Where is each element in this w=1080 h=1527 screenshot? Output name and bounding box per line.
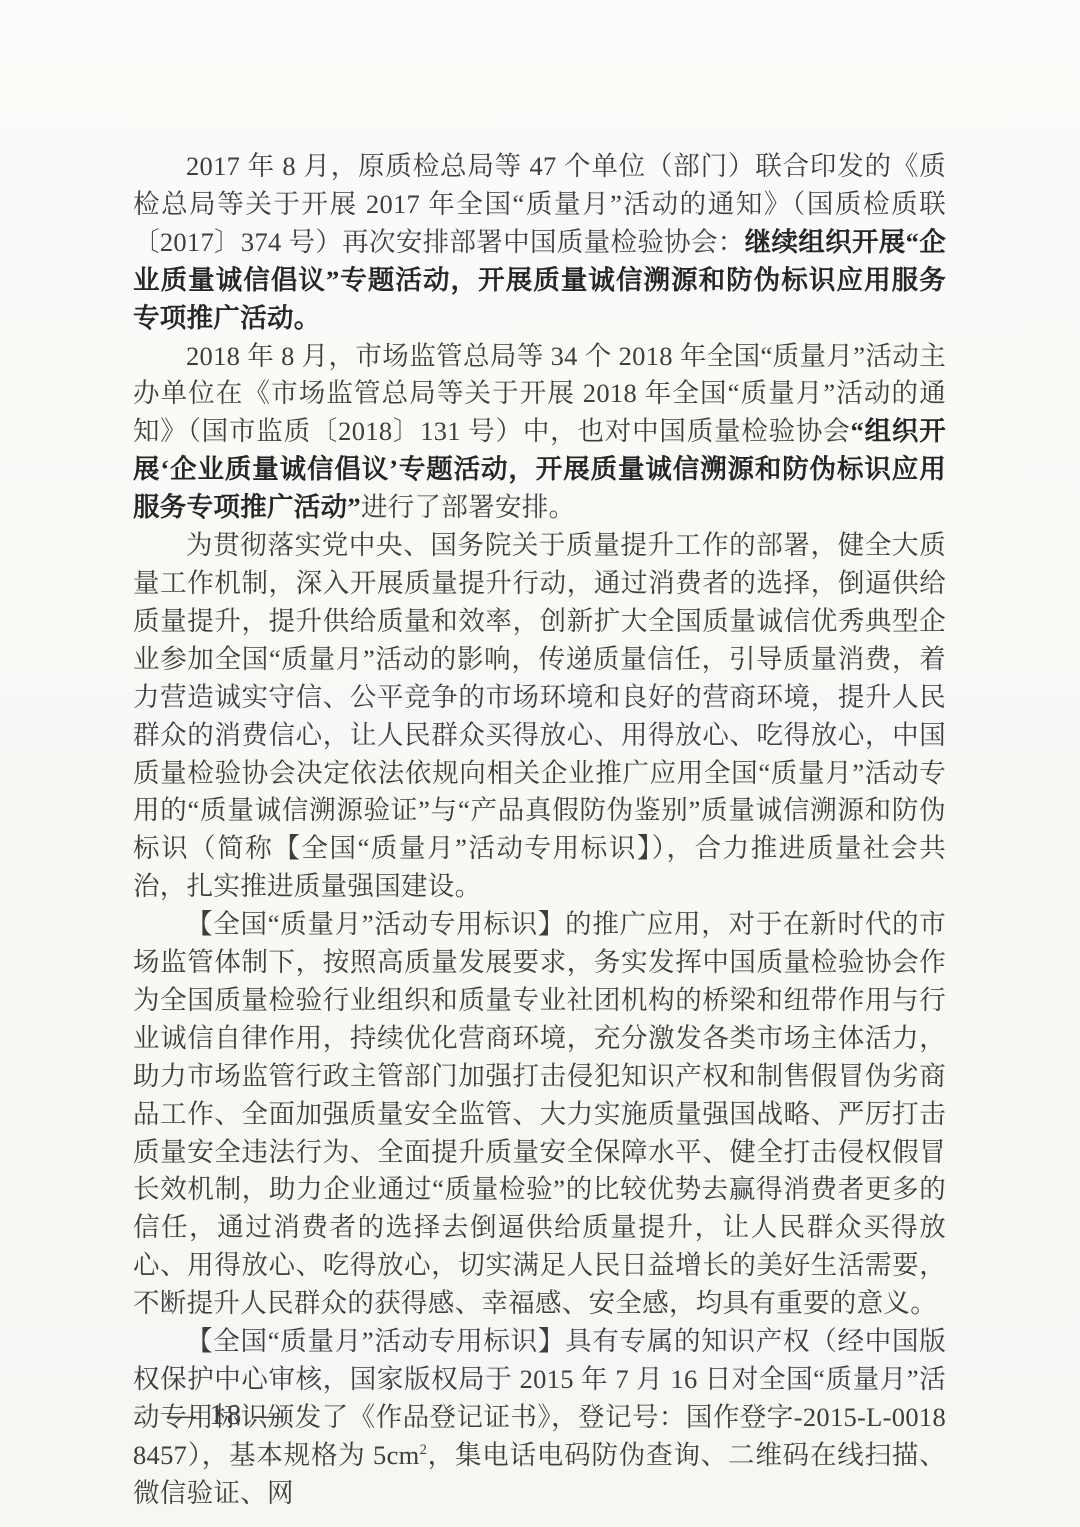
scanned-document-page: 2017 年 8 月，原质检总局等 47 个单位（部门）联合印发的《质检总局等关…	[0, 0, 1080, 1527]
text-segment: 2018 年 8 月，市场监管总局等 34 个 2018 年全国“质量月”活动主…	[133, 341, 946, 447]
paragraph-implementation: 为贯彻落实党中央、国务院关于质量提升工作的部署，健全大质量工作机制，深入开展质量…	[133, 527, 946, 906]
paragraph-2018-notice: 2018 年 8 月，市场监管总局等 34 个 2018 年全国“质量月”活动主…	[133, 338, 946, 528]
document-body: 2017 年 8 月，原质检总局等 47 个单位（部门）联合印发的《质检总局等关…	[133, 148, 946, 1513]
paragraph-significance: 【全国“质量月”活动专用标识】的推广应用，对于在新时代的市场监管体制下，按照高质…	[133, 906, 946, 1323]
text-segment: 为贯彻落实党中央、国务院关于质量提升工作的部署，健全大质量工作机制，深入开展质量…	[133, 530, 946, 901]
text-segment: 【全国“质量月”活动专用标识】的推广应用，对于在新时代的市场监管体制下，按照高质…	[133, 909, 946, 1318]
page-number: — 18 —	[167, 1399, 287, 1432]
paragraph-2017-notice: 2017 年 8 月，原质检总局等 47 个单位（部门）联合印发的《质检总局等关…	[133, 148, 946, 338]
text-segment: 进行了部署安排。	[361, 492, 575, 522]
